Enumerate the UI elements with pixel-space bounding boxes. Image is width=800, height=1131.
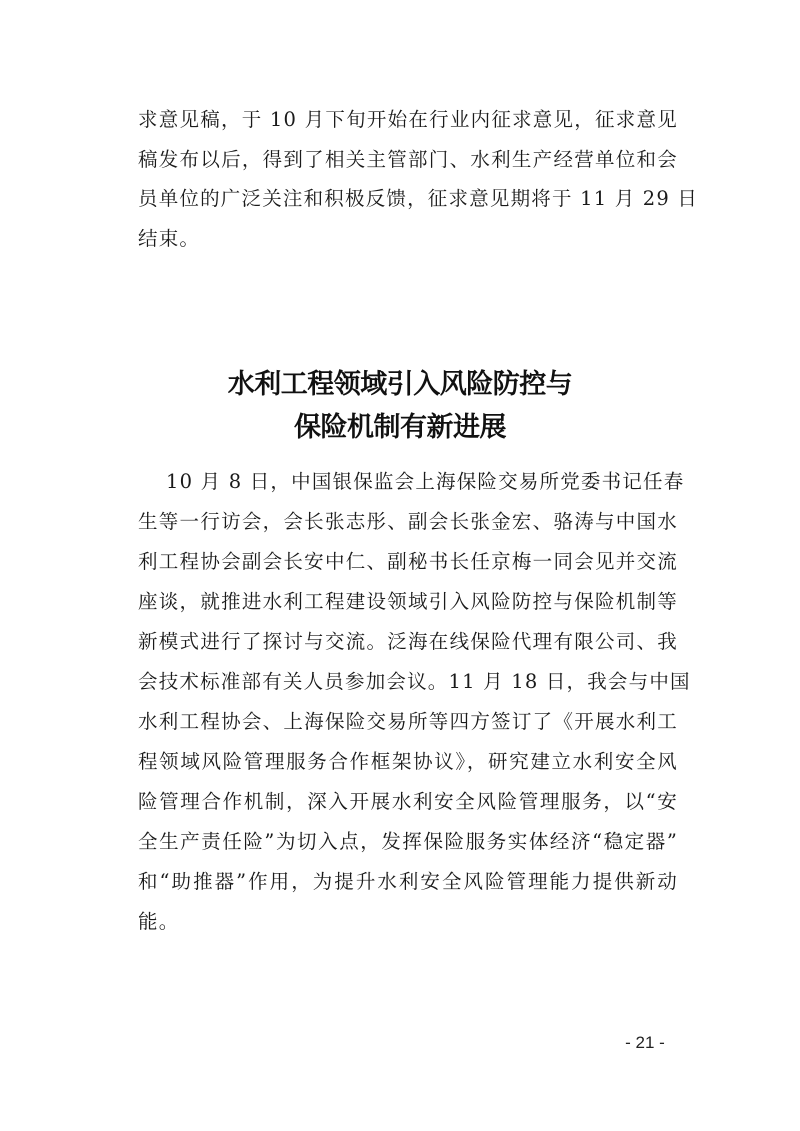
document-page: 求意见稿，于 10 月下旬开始在行业内征求意见，征求意见 稿发布以后，得到了相关… [0, 0, 800, 1131]
paragraph-line: 10 月 8 日，中国银保监会上海保险交易所党委书记任春 [138, 462, 678, 502]
paragraph-line: 求意见稿，于 10 月下旬开始在行业内征求意见，征求意见 [138, 100, 678, 140]
paragraph-line: 新模式进行了探讨与交流。泛海在线保险代理有限公司、我 [138, 622, 678, 662]
paragraph-line: 座谈，就推进水利工程建设领域引入风险防控与保险机制等 [138, 582, 678, 622]
paragraph-line: 和“助推器”作用，为提升水利安全风险管理能力提供新动 [138, 862, 678, 902]
paragraph-line: 会技术标准部有关人员参加会议。11 月 18 日，我会与中国 [138, 662, 678, 702]
paragraph-line: 员单位的广泛关注和积极反馈，征求意见期将于 11 月 29 日 [138, 179, 678, 219]
paragraph-line: 生等一行访会，会长张志彤、副会长张金宏、骆涛与中国水 [138, 502, 678, 542]
paragraph-line: 稿发布以后，得到了相关主管部门、水利生产经营单位和会 [138, 140, 678, 180]
article-title-line: 水利工程领域引入风险防控与 [0, 363, 800, 406]
paragraph-line: 结束。 [138, 219, 678, 259]
paragraph-line: 险管理合作机制，深入开展水利安全风险管理服务，以“安 [138, 782, 678, 822]
paragraph-line: 全生产责任险”为切入点，发挥保险服务实体经济“稳定器” [138, 822, 678, 862]
article-title: 水利工程领域引入风险防控与 保险机制有新进展 [0, 363, 800, 449]
article-body: 10 月 8 日，中国银保监会上海保险交易所党委书记任春 生等一行访会，会长张志… [138, 462, 678, 942]
continuation-paragraph: 求意见稿，于 10 月下旬开始在行业内征求意见，征求意见 稿发布以后，得到了相关… [138, 100, 678, 258]
article-title-line: 保险机制有新进展 [0, 406, 800, 449]
paragraph-line: 水利工程协会、上海保险交易所等四方签订了《开展水利工 [138, 702, 678, 742]
page-number: - 21 - [615, 1033, 675, 1053]
paragraph-line: 利工程协会副会长安中仁、副秘书长任京梅一同会见并交流 [138, 542, 678, 582]
paragraph-line: 能。 [138, 902, 678, 942]
paragraph-line: 程领域风险管理服务合作框架协议》，研究建立水利安全风 [138, 742, 678, 782]
